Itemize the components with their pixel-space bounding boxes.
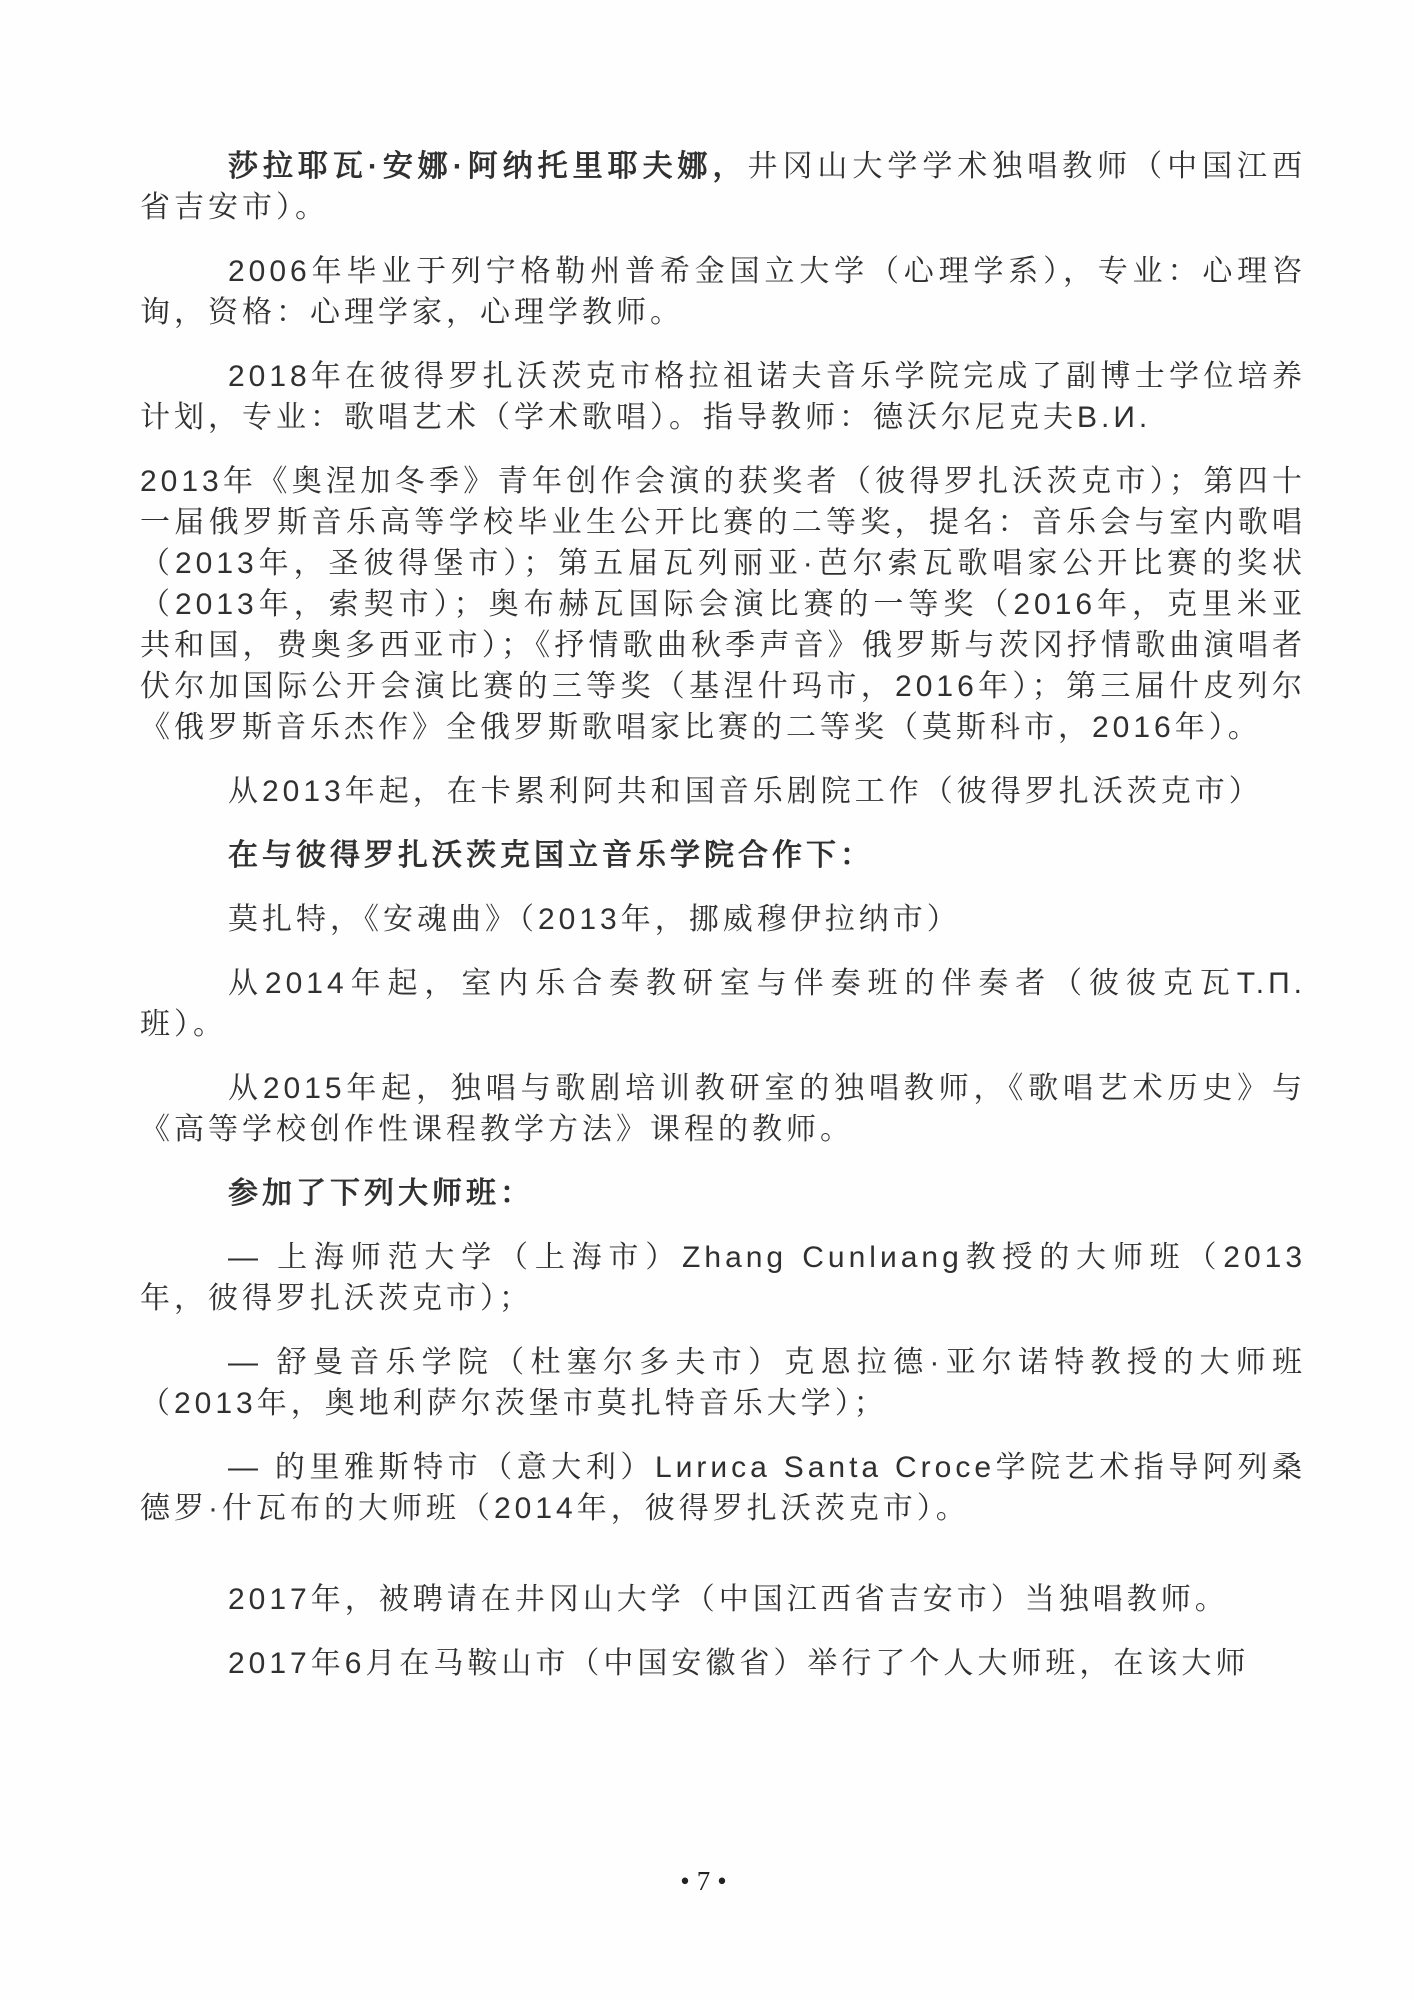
education-paragraph: 2006年毕业于列宁格勒州普希金国立大学（心理学系），专业：心理咨询，资格：心理…: [140, 251, 1306, 333]
masterclass-maanshan-paragraph: 2017年6月在马鞍山市（中国安徽省）举行了个人大师班，在该大师: [140, 1643, 1306, 1684]
accompanist-paragraph: 从2014年起，室内乐合奏教研室与伴奏班的伴奏者（彼彼克瓦Т.П.班）。: [140, 963, 1306, 1045]
postgraduate-paragraph: 2018年在彼得罗扎沃茨克市格拉祖诺夫音乐学院完成了副博士学位培养计划，专业：歌…: [140, 356, 1306, 438]
hired-2017-paragraph: 2017年，被聘请在井冈山大学（中国江西省吉安市）当独唱教师。: [140, 1579, 1306, 1620]
masterclass-trieste-paragraph: — 的里雅斯特市（意大利）Lиrиca Santa Croce学院艺术指导阿列桑…: [140, 1447, 1306, 1529]
solo-teacher-paragraph: 从2015年起，独唱与歌剧培训教研室的独唱教师，《歌唱艺术历史》与《高等学校创作…: [140, 1068, 1306, 1150]
page-number: •7•: [680, 1866, 733, 1896]
conservatory-collaboration-heading: 在与彼得罗扎沃茨克国立音乐学院合作下：: [140, 835, 1306, 876]
mozart-requiem-paragraph: 莫扎特，《安魂曲》（2013年，挪威穆伊拉纳市）: [140, 899, 1306, 940]
document-page: 莎拉耶瓦·安娜·阿纳托里耶夫娜，井冈山大学学术独唱教师（中国江西省吉安市）。 2…: [0, 0, 1414, 2000]
intro-paragraph: 莎拉耶瓦·安娜·阿纳托里耶夫娜，井冈山大学学术独唱教师（中国江西省吉安市）。: [140, 146, 1306, 228]
document-content: 莎拉耶瓦·安娜·阿纳托里耶夫娜，井冈山大学学术独唱教师（中国江西省吉安市）。 2…: [140, 146, 1306, 1707]
person-name: 莎拉耶瓦·安娜·阿纳托里耶夫娜，: [228, 150, 747, 183]
theater-work-paragraph: 从2013年起，在卡累利阿共和国音乐剧院工作（彼得罗扎沃茨克市）: [140, 771, 1306, 812]
awards-paragraph: 2013年《奥涅加冬季》青年创作会演的获奖者（彼得罗扎沃茨克市）；第四十一届俄罗…: [140, 461, 1306, 748]
masterclass-shanghai-paragraph: — 上海师范大学（上海市）Zhang Cunlиang教授的大师班（2013年，…: [140, 1237, 1306, 1319]
page-footer: •7•: [0, 1866, 1414, 1897]
masterclass-schumann-paragraph: — 舒曼音乐学院（杜塞尔多夫市）克恩拉德·亚尔诺特教授的大师班（2013年，奥地…: [140, 1342, 1306, 1424]
masterclasses-heading: 参加了下列大师班：: [140, 1173, 1306, 1214]
